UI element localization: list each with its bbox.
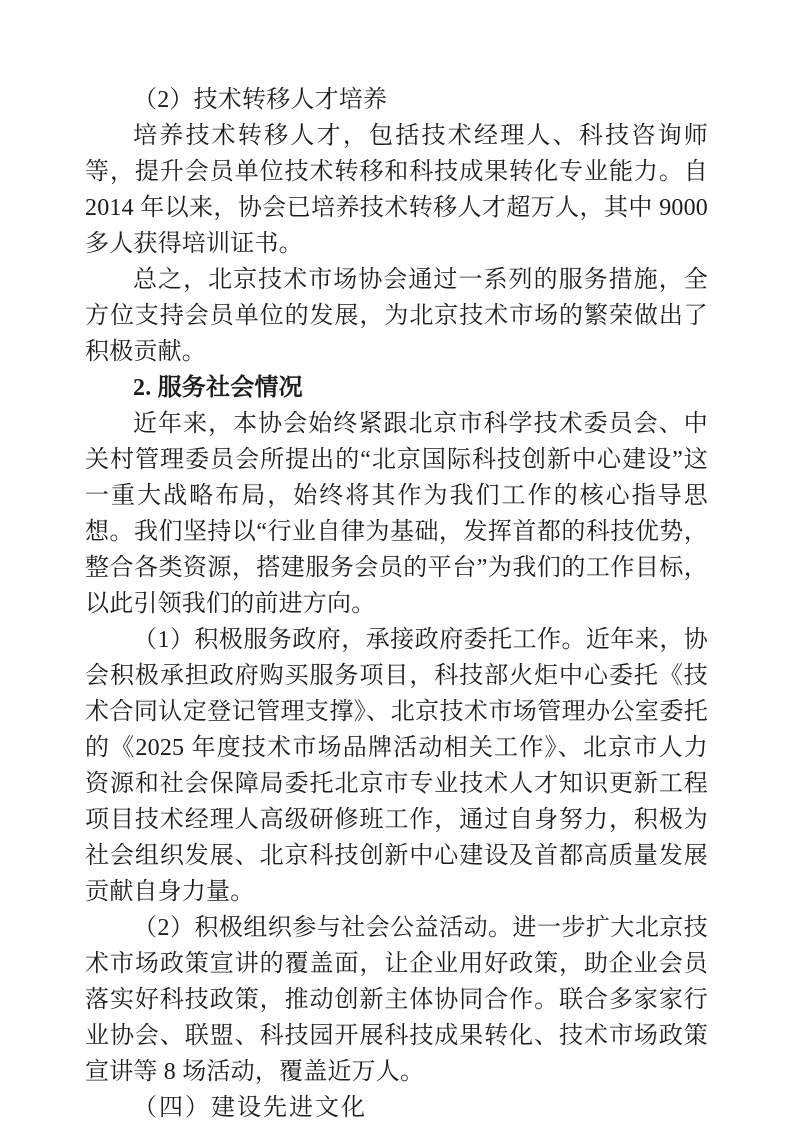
paragraph-strategy: 近年来，本协会始终紧跟北京市科学技术委员会、中关村管理委员会所提出的“北京国际科… bbox=[85, 406, 708, 622]
paragraph-summary: 总之，北京技术市场协会通过一系列的服务措施，全方位支持会员单位的发展，为北京技术… bbox=[85, 262, 708, 370]
paragraph-government-service: （1）积极服务政府，承接政府委托工作。近年来，协会积极承担政府购买服务项目，科技… bbox=[85, 622, 708, 910]
paragraph-training-detail: 培养技术转移人才，包括技术经理人、科技咨询师等，提升会员单位技术转移和科技成果转… bbox=[85, 118, 708, 262]
paragraph-public-welfare: （2）积极组织参与社会公益活动。进一步扩大北京技术市场政策宣讲的覆盖面，让企业用… bbox=[85, 910, 708, 1090]
section-heading-serve-society: 2. 服务社会情况 bbox=[85, 370, 708, 406]
document-page: （2）技术转移人才培养 培养技术转移人才，包括技术经理人、科技咨询师等，提升会员… bbox=[0, 0, 793, 1122]
section-heading-advanced-culture: （四）建设先进文化 bbox=[85, 1090, 708, 1122]
subsection-heading-tech-transfer-training: （2）技术转移人才培养 bbox=[85, 82, 708, 118]
document-body: （2）技术转移人才培养 培养技术转移人才，包括技术经理人、科技咨询师等，提升会员… bbox=[85, 82, 708, 1122]
